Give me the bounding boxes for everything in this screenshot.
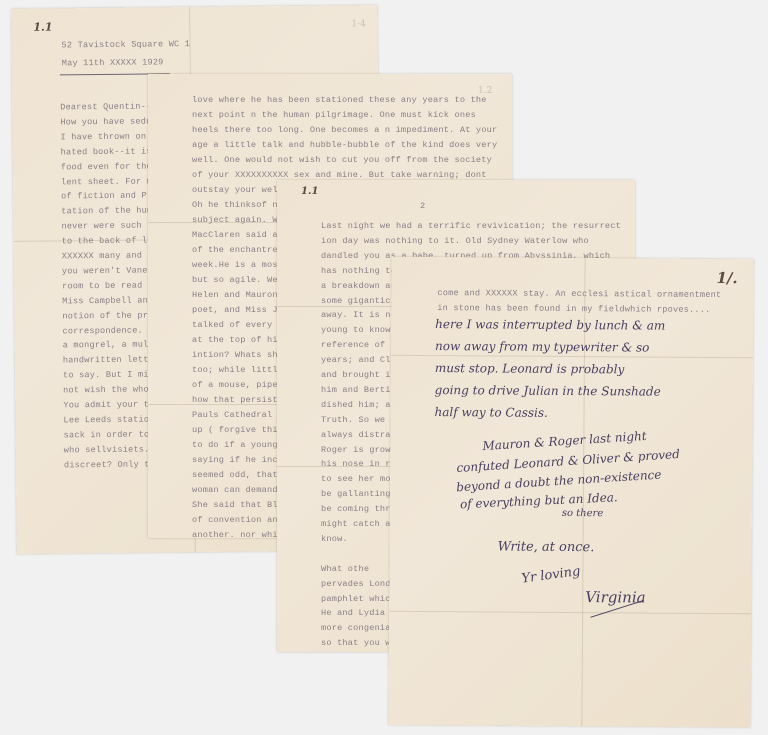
signature: Virginia [585, 588, 645, 606]
typed-line: MacClaren said abo [192, 229, 288, 242]
typed-line: What othe [321, 563, 369, 576]
typed-line: outstay your welco [192, 184, 288, 197]
typed-line: of a mouse, piped [192, 379, 283, 392]
typed-line: a mongrel, a mule; [63, 339, 160, 353]
typed-line: room to be read by [62, 279, 159, 293]
typed-line: next point n the human pilgrimage. One m… [192, 109, 476, 122]
typed-line: young to know h [321, 324, 401, 337]
typed-line: but so agile. We h [192, 274, 288, 287]
folio-mark: 1/. [716, 269, 737, 287]
typed-line: too; while little [192, 364, 283, 377]
typed-line: some gigantic W [321, 295, 401, 308]
page-number: 2 [420, 200, 425, 213]
typed-line: another. nor whic [192, 529, 283, 538]
typed-line: saying if he inclu [192, 454, 288, 467]
typed-line: Miss Campbell and [62, 294, 153, 308]
date-line: May 11th XXXXX 1929 [62, 56, 164, 70]
typed-line: I have thrown on t [60, 130, 157, 144]
typed-line: age a little talk and hubble-bubble of t… [192, 139, 497, 152]
typed-line: talked of every su [192, 319, 288, 332]
typed-body: Dearest Quentin--ohHow you have seduceI … [11, 5, 377, 9]
folio-mark: 1.1 [33, 20, 52, 33]
handwritten-line: now away from my typewriter & so [435, 339, 649, 354]
typed-line: poet, and Miss Jer [192, 304, 288, 317]
typed-line: How you have seduce [60, 115, 162, 129]
typed-line: She said that Blo [192, 499, 283, 512]
typed-line: has nothing to [321, 265, 396, 278]
typed-line: week.He is a most [192, 259, 283, 272]
typed-line: Dearest Quentin--oh [60, 100, 162, 114]
handwritten-line: Mauron & Roger last night [482, 429, 647, 453]
typed-line: well. One would not wish to cut you off … [192, 154, 492, 167]
typed-line: ion day was nothing to it. Old Sydney Wa… [321, 235, 589, 248]
handwritten-line: here I was interrupted by lunch & am [435, 317, 665, 333]
handwritten-line: must stop. Leonard is probably [435, 361, 625, 376]
typed-line: him and Bertie [321, 384, 396, 397]
handwritten-line: half way to Cassis. [435, 405, 548, 420]
pencil-mark: 1-4 [351, 19, 366, 29]
typed-line: how that persists [192, 394, 283, 407]
typed-line: come and XXXXXX stay. An ecclesi astical… [437, 287, 721, 302]
typed-line: heels there too long. One becomes a n im… [192, 124, 497, 137]
fold-line [391, 355, 753, 359]
typed-line: intion? Whats she [192, 349, 283, 362]
typed-line: of the enchantress [192, 244, 288, 257]
typed-line: not wish the whole [63, 383, 160, 397]
typed-line: Last night we had a terrific revivicatio… [321, 220, 621, 233]
typed-line: a breakdown and [321, 280, 401, 293]
typed-line: of convention and [192, 514, 283, 527]
typed-line: Pauls Cathedral is [192, 409, 288, 422]
handwritten-line: so there [562, 508, 603, 519]
typed-line: at the top of his [192, 334, 283, 347]
typed-line: reference of mi [321, 339, 401, 352]
typed-line: love where he has been stationed these a… [192, 94, 487, 107]
typed-line: Oh he thinksof not [192, 199, 288, 212]
typed-line: dished him; and [321, 399, 401, 412]
closing-line: Write, at once. [498, 539, 595, 555]
folio-mark: 1.1 [301, 186, 318, 197]
typed-line: Truth. So we al [321, 414, 401, 427]
handwritten-line: going to drive Julian in the Sunshade [435, 383, 661, 399]
letter-page-4: 1/. come and XXXXXX stay. An ecclesi ast… [388, 257, 753, 728]
typed-line: to do if a young m [192, 439, 288, 452]
typed-line: know. [321, 533, 348, 546]
typed-line: pamphlet which [321, 593, 396, 606]
typed-line: subject again. Why [192, 214, 288, 227]
typed-line: woman can demand t [192, 484, 288, 497]
typed-line: away. It is now [321, 309, 401, 322]
fold-line [389, 611, 751, 615]
address-line: 52 Tavistock Square WC 1 [61, 38, 190, 52]
typed-line: seemed odd, that i [192, 469, 288, 482]
typed-line: years; and Cliv [321, 354, 401, 367]
closing-line: Yr loving [521, 564, 582, 587]
typed-line: and brought it [321, 369, 396, 382]
typed-line: up ( forgive this [192, 424, 283, 437]
typed-line: Helen and Mauron a [192, 289, 288, 302]
typed-line: always distract [321, 429, 401, 442]
typed-line: in stone has been found in my fieldwhich… [437, 302, 710, 317]
typed-line: XXXXXX many and av [62, 249, 159, 263]
